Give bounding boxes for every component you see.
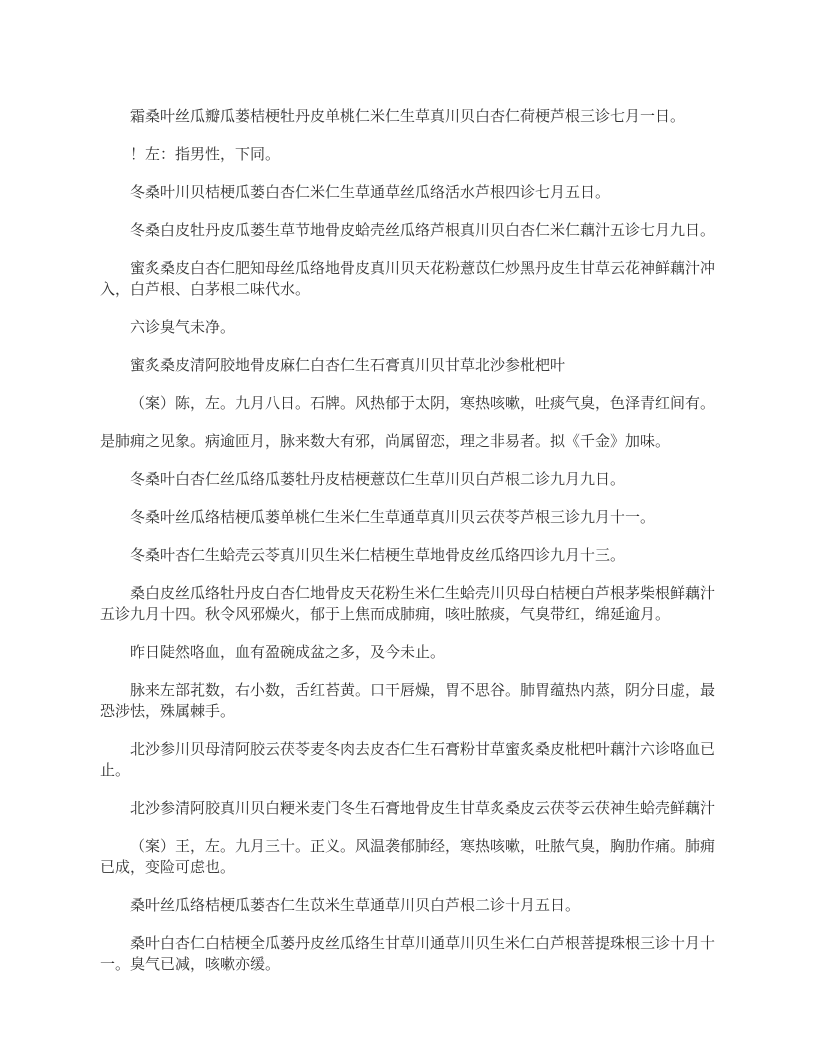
document-page: 霜桑叶丝瓜瓣瓜蒌桔梗牡丹皮单桃仁米仁生草真川贝白杏仁荷梗芦根三诊七月一日。 ！左… xyxy=(0,0,816,1056)
paragraph: 昨日陡然咯血，血有盈碗成盆之多，及今未止。 xyxy=(100,643,715,664)
paragraph: 冬桑叶川贝桔梗瓜蒌白杏仁米仁生草通草丝瓜络活水芦根四诊七月五日。 xyxy=(100,183,715,204)
paragraph: 蜜炙桑皮白杏仁肥知母丝瓜络地骨皮真川贝天花粉薏苡仁炒黑丹皮生甘草云花神鲜藕汁冲入… xyxy=(100,259,715,301)
paragraph: （案）王，左。九月三十。正义。风温袭郁肺经，寒热咳嗽，吐脓气臭，胸肋作痛。肺痈已… xyxy=(100,837,715,879)
paragraph: ！左：指男性，下同。 xyxy=(100,145,715,166)
paragraph: 六诊臭气未净。 xyxy=(100,318,715,339)
paragraph: 冬桑白皮牡丹皮瓜蒌生草节地骨皮蛤壳丝瓜络芦根真川贝白杏仁米仁藕汁五诊七月九日。 xyxy=(100,221,715,242)
paragraph: 脉来左部芤数，右小数，舌红苔黄。口干唇燥，胃不思谷。肺胃蕴热内蒸，阴分日虚，最恐… xyxy=(100,681,715,723)
paragraph: 霜桑叶丝瓜瓣瓜蒌桔梗牡丹皮单桃仁米仁生草真川贝白杏仁荷梗芦根三诊七月一日。 xyxy=(100,107,715,128)
paragraph: 冬桑叶白杏仁丝瓜络瓜蒌牡丹皮桔梗薏苡仁生草川贝白芦根二诊九月九日。 xyxy=(100,470,715,491)
paragraph: 北沙参清阿胶真川贝白粳米麦门冬生石膏地骨皮生甘草炙桑皮云茯苓云茯神生蛤壳鲜藕汁 xyxy=(100,799,715,820)
paragraph: 桑白皮丝瓜络牡丹皮白杏仁地骨皮天花粉生米仁生蛤壳川贝母白桔梗白芦根茅柴根鲜藕汁五… xyxy=(100,584,715,626)
paragraph: 冬桑叶丝瓜络桔梗瓜蒌单桃仁生米仁生草通草真川贝云茯苓芦根三诊九月十一。 xyxy=(100,508,715,529)
paragraph: 北沙参川贝母清阿胶云茯苓麦冬肉去皮杏仁生石膏粉甘草蜜炙桑皮枇杷叶藕汁六诊咯血已止… xyxy=(100,740,715,782)
paragraph: 蜜炙桑皮清阿胶地骨皮麻仁白杏仁生石膏真川贝甘草北沙参枇杷叶 xyxy=(100,356,715,377)
paragraph: 是肺痈之见象。病逾匝月，脉来数大有邪，尚属留恋，理之非易者。拟《千金》加味。 xyxy=(100,432,715,453)
paragraph: 冬桑叶杏仁生蛤壳云苓真川贝生米仁桔梗生草地骨皮丝瓜络四诊九月十三。 xyxy=(100,546,715,567)
paragraph: （案）陈，左。九月八日。石牌。风热郁于太阴，寒热咳嗽，吐痰气臭，色泽青红间有。 xyxy=(100,394,715,415)
paragraph: 桑叶丝瓜络桔梗瓜蒌杏仁生苡米生草通草川贝白芦根二诊十月五日。 xyxy=(100,896,715,917)
paragraph: 桑叶白杏仁白桔梗全瓜蒌丹皮丝瓜络生甘草川通草川贝生米仁白芦根菩提珠根三诊十月十一… xyxy=(100,934,715,976)
